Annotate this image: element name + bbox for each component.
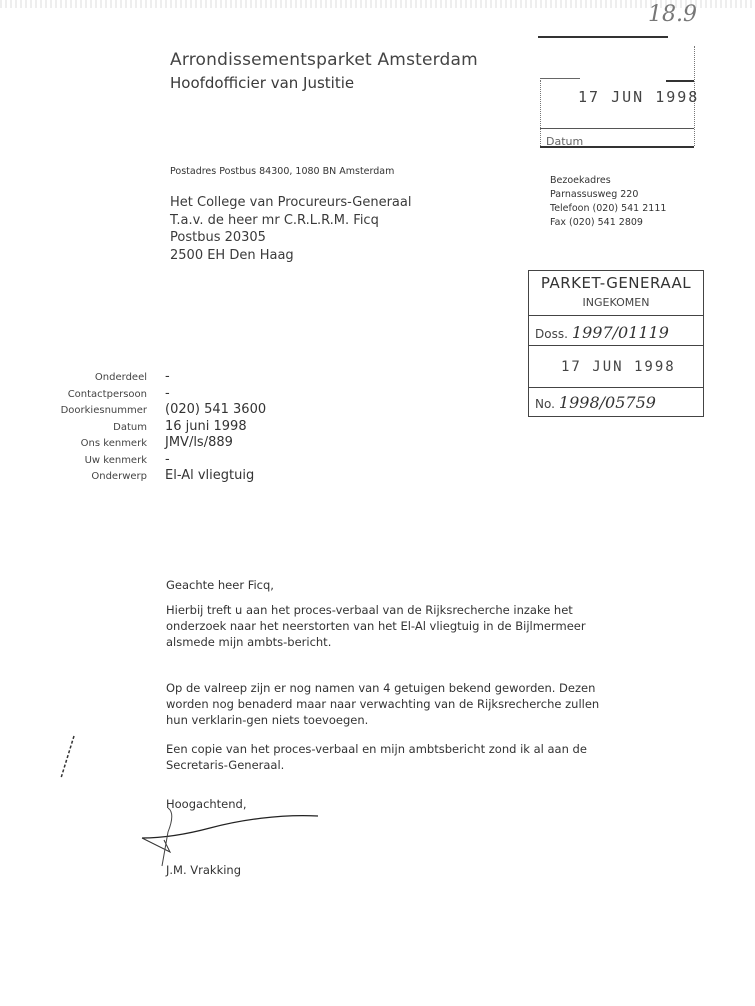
signer-name: J.M. Vrakking	[166, 863, 241, 877]
stamp-dossier: Doss.1997/01119	[535, 323, 669, 342]
visit-phone: Telefoon (020) 541 2111	[550, 202, 666, 216]
meta-label: Uw kenmerk	[40, 455, 165, 466]
stamp-subtitle: INGEKOMEN	[529, 296, 703, 309]
meta-label: Onderdeel	[40, 372, 165, 383]
visit-fax: Fax (020) 541 2809	[550, 216, 666, 230]
stamp-border-segment	[540, 78, 580, 79]
meta-value: (020) 541 3600	[165, 402, 266, 417]
margin-pen-mark-icon	[58, 734, 78, 782]
stamp-title: PARKET-GENERAAL	[529, 274, 703, 292]
meta-label: Doorkiesnummer	[40, 405, 165, 416]
received-date-label: Datum	[546, 135, 583, 148]
dossier-number: 1997/01119	[572, 323, 669, 342]
meta-label: Datum	[40, 422, 165, 433]
scan-noise	[0, 0, 755, 8]
meta-value: -	[165, 452, 170, 467]
visit-heading: Bezoekadres	[550, 174, 666, 188]
letter-metadata: Onderdeel- Contactpersoon- Doorkiesnumme…	[40, 369, 340, 485]
stamp-border-left	[540, 80, 542, 146]
stamp-divider	[540, 128, 694, 129]
signature-icon	[140, 808, 330, 870]
meta-value: 16 juni 1998	[165, 419, 247, 434]
recipient-line: Het College van Procureurs-Generaal	[170, 194, 411, 212]
meta-row: Uw kenmerk-	[40, 452, 340, 469]
meta-row: Doorkiesnummer(020) 541 3600	[40, 402, 340, 419]
meta-label: Ons kenmerk	[40, 438, 165, 449]
meta-row: Contactpersoon-	[40, 386, 340, 403]
recipient-line: Postbus 20305	[170, 229, 411, 247]
salutation: Geachte heer Ficq,	[166, 577, 606, 593]
recipient-line: 2500 EH Den Haag	[170, 247, 411, 265]
received-stamp: 17 JUN 1998 Datum	[538, 36, 706, 148]
stamp-border-segment	[666, 80, 694, 82]
body-paragraph: Hierbij treft u aan het proces-verbaal v…	[166, 602, 606, 650]
postal-address: Postadres Postbus 84300, 1080 BN Amsterd…	[170, 166, 394, 177]
letterhead-department: Hoofdofficier van Justitie	[170, 74, 354, 92]
meta-row: Ons kenmerkJMV/ls/889	[40, 435, 340, 452]
meta-label: Contactpersoon	[40, 389, 165, 400]
meta-row: Datum16 juni 1998	[40, 419, 340, 436]
registration-number: 1998/05759	[559, 393, 656, 412]
meta-row: Onderdeel-	[40, 369, 340, 386]
body-paragraph: Een copie van het proces-verbaal en mijn…	[166, 741, 606, 773]
handwritten-note: 18.9	[648, 2, 697, 27]
body-paragraph: Op de valreep zijn er nog namen van 4 ge…	[166, 680, 606, 728]
received-date: 17 JUN 1998	[578, 88, 699, 106]
number-label: No.	[535, 397, 555, 411]
stamp-number: No.1998/05759	[535, 393, 656, 412]
meta-value: -	[165, 386, 170, 401]
stamp-date: 17 JUN 1998	[561, 359, 676, 375]
parket-generaal-stamp: PARKET-GENERAAL INGEKOMEN Doss.1997/0111…	[528, 270, 704, 417]
stamp-border-top	[538, 36, 668, 38]
visit-street: Parnassusweg 220	[550, 188, 666, 202]
recipient-line: T.a.v. de heer mr C.R.L.R.M. Ficq	[170, 212, 411, 230]
meta-label: Onderwerp	[40, 471, 165, 482]
meta-value: JMV/ls/889	[165, 435, 233, 450]
letterhead-organization: Arrondissementsparket Amsterdam	[170, 50, 478, 70]
recipient-address: Het College van Procureurs-Generaal T.a.…	[170, 194, 411, 264]
meta-value: El-Al vliegtuig	[165, 468, 254, 483]
meta-value: -	[165, 369, 170, 384]
meta-row: OnderwerpEl-Al vliegtuig	[40, 468, 340, 485]
dossier-label: Doss.	[535, 327, 568, 341]
visit-address: Bezoekadres Parnassusweg 220 Telefoon (0…	[550, 174, 666, 230]
